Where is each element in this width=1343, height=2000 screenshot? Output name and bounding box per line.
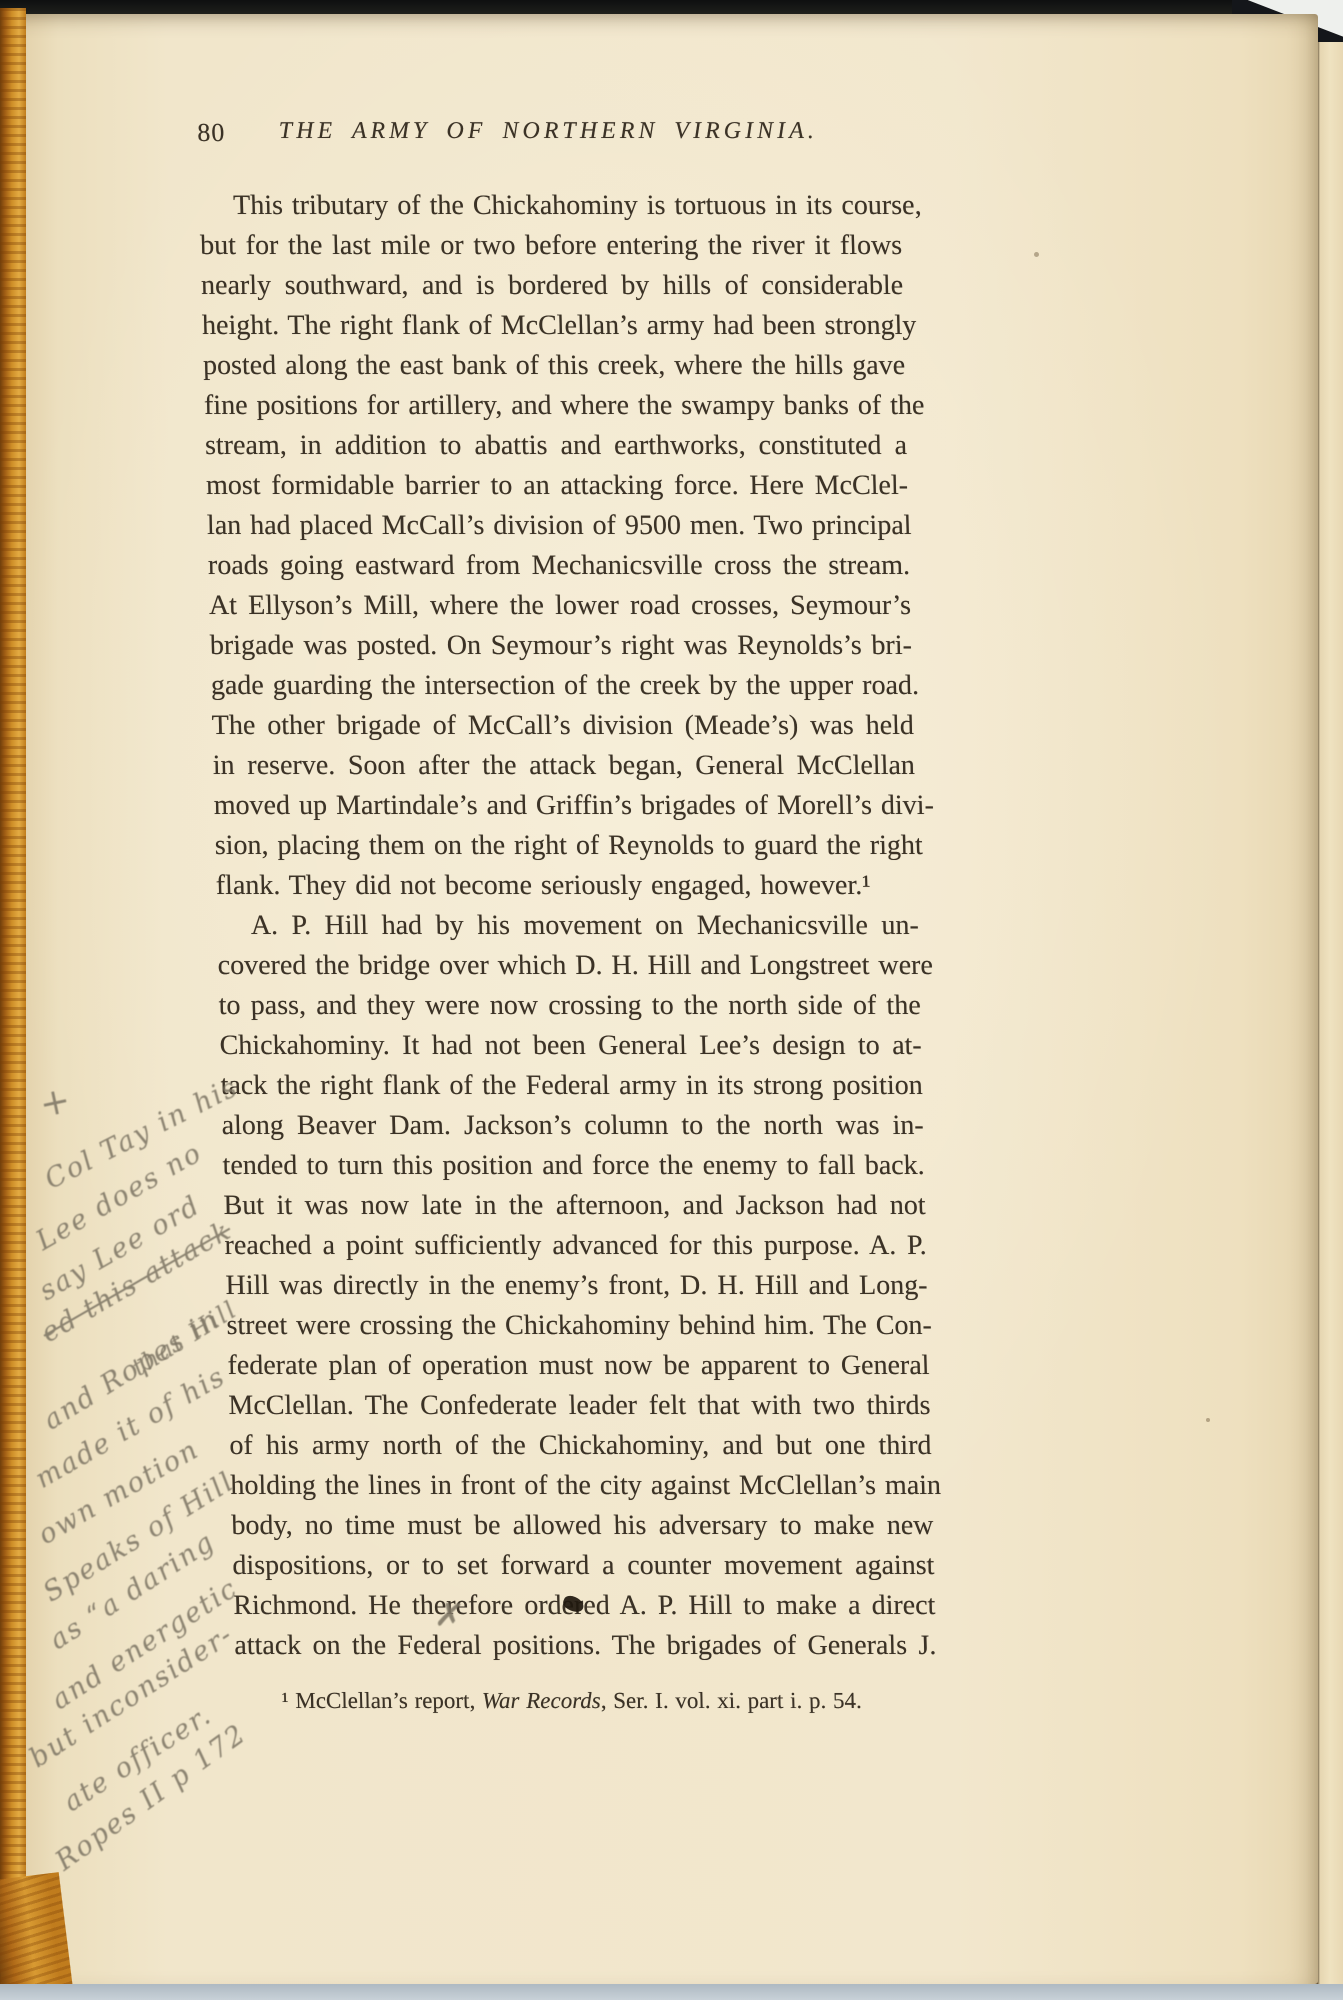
printed-text-line: stream, in addition to abattis and earth… [205,426,908,466]
printed-text-line: fine positions for artillery, and where … [204,386,907,426]
body-text: This tributary of the Chickahominy is to… [199,186,937,1666]
page-header: 80 THE ARMY OF NORTHERN VIRGINIA. [197,118,900,148]
printed-text-line: dispositions, or to set forward a counte… [232,1546,935,1586]
printed-text-line: flank. They did not become seriously eng… [215,866,918,906]
paper-speck [1206,1418,1210,1422]
paragraph-2: A. P. Hill had by his movement on Mechan… [216,906,937,1666]
printed-text-line: most formidable barrier to an attacking … [206,466,909,506]
table-surface [0,1984,1343,2000]
printed-text-line: federate plan of operation must now be a… [227,1346,930,1386]
printed-text-block: 80 THE ARMY OF NORTHERN VIRGINIA. This t… [197,118,938,1716]
printed-text-line: brigade was posted. On Seymour’s right w… [209,626,912,666]
gilt-page-edges [0,8,26,1986]
printed-text-line: The other brigade of McCall’s division (… [211,706,914,746]
printed-text-line: to pass, and they were now crossing to t… [218,986,921,1026]
printed-text-line: At Ellyson’s Mill, where the lower road … [208,586,911,626]
printed-text-line: of his army north of the Chickahominy, a… [229,1426,932,1466]
printed-text-line: height. The right flank of McClellan’s a… [202,306,905,346]
footnote: ¹ McClellan’s report, War Records, Ser. … [235,1686,938,1716]
footnote-text: , Ser. I. vol. xi. part i. p. 54. [600,1688,862,1713]
printed-text-line: lan had placed McCall’s division of 9500… [206,506,909,546]
printed-text-line: gade guarding the intersection of the cr… [210,666,913,706]
printed-text-line: roads going eastward from Mechanicsville… [207,546,910,586]
printed-text-line: tack the right flank of the Federal army… [220,1066,923,1106]
printed-text-line: along Beaver Dam. Jackson’s column to th… [221,1106,924,1146]
printed-text-line: attack on the Federal positions. The bri… [234,1626,937,1666]
printed-text-line: sion, placing them on the right of Reyno… [214,826,917,866]
printed-text-line: Richmond. He therefore ordered A. P. Hil… [233,1586,936,1626]
running-header: THE ARMY OF NORTHERN VIRGINIA. [197,118,900,145]
printed-text-line: covered the bridge over which D. H. Hill… [217,946,920,986]
printed-text-line: This tributary of the Chickahominy is to… [199,186,902,226]
adjacent-page-edge [1314,42,1343,1984]
paragraph-1: This tributary of the Chickahominy is to… [199,186,919,906]
printed-text-line: body, no time must be allowed his advers… [231,1506,934,1546]
printed-text-line: McClellan. The Confederate leader felt t… [228,1386,931,1426]
printed-text-line: Chickahominy. It had not been General Le… [219,1026,922,1066]
printed-text-line: moved up Martindale’s and Griffin’s brig… [213,786,916,826]
printed-text-line: reached a point sufficiently advanced fo… [224,1226,927,1266]
printed-text-line: But it was now late in the afternoon, an… [223,1186,926,1226]
printed-text-line: posted along the east bank of this creek… [203,346,906,386]
printed-text-line: Hill was directly in the enemy’s front, … [225,1266,928,1306]
footnote-source-title: War Records [482,1688,601,1713]
printed-text-line: in reserve. Soon after the attack began,… [212,746,915,786]
footnote-text: McClellan’s report, [288,1688,482,1713]
printed-text-line: holding the lines in front of the city a… [230,1466,933,1506]
printed-text-line: street were crossing the Chickahominy be… [226,1306,929,1346]
book-photo: { "book_page": { "page_number": "80", "r… [0,0,1343,2000]
printed-text-line: but for the last mile or two before ente… [200,226,903,266]
printed-text-line: nearly southward, and is bordered by hil… [201,266,904,306]
printed-text-line: tended to turn this position and force t… [222,1146,925,1186]
printed-text-line: A. P. Hill had by his movement on Mechan… [216,906,919,946]
paper-speck [1034,252,1039,257]
